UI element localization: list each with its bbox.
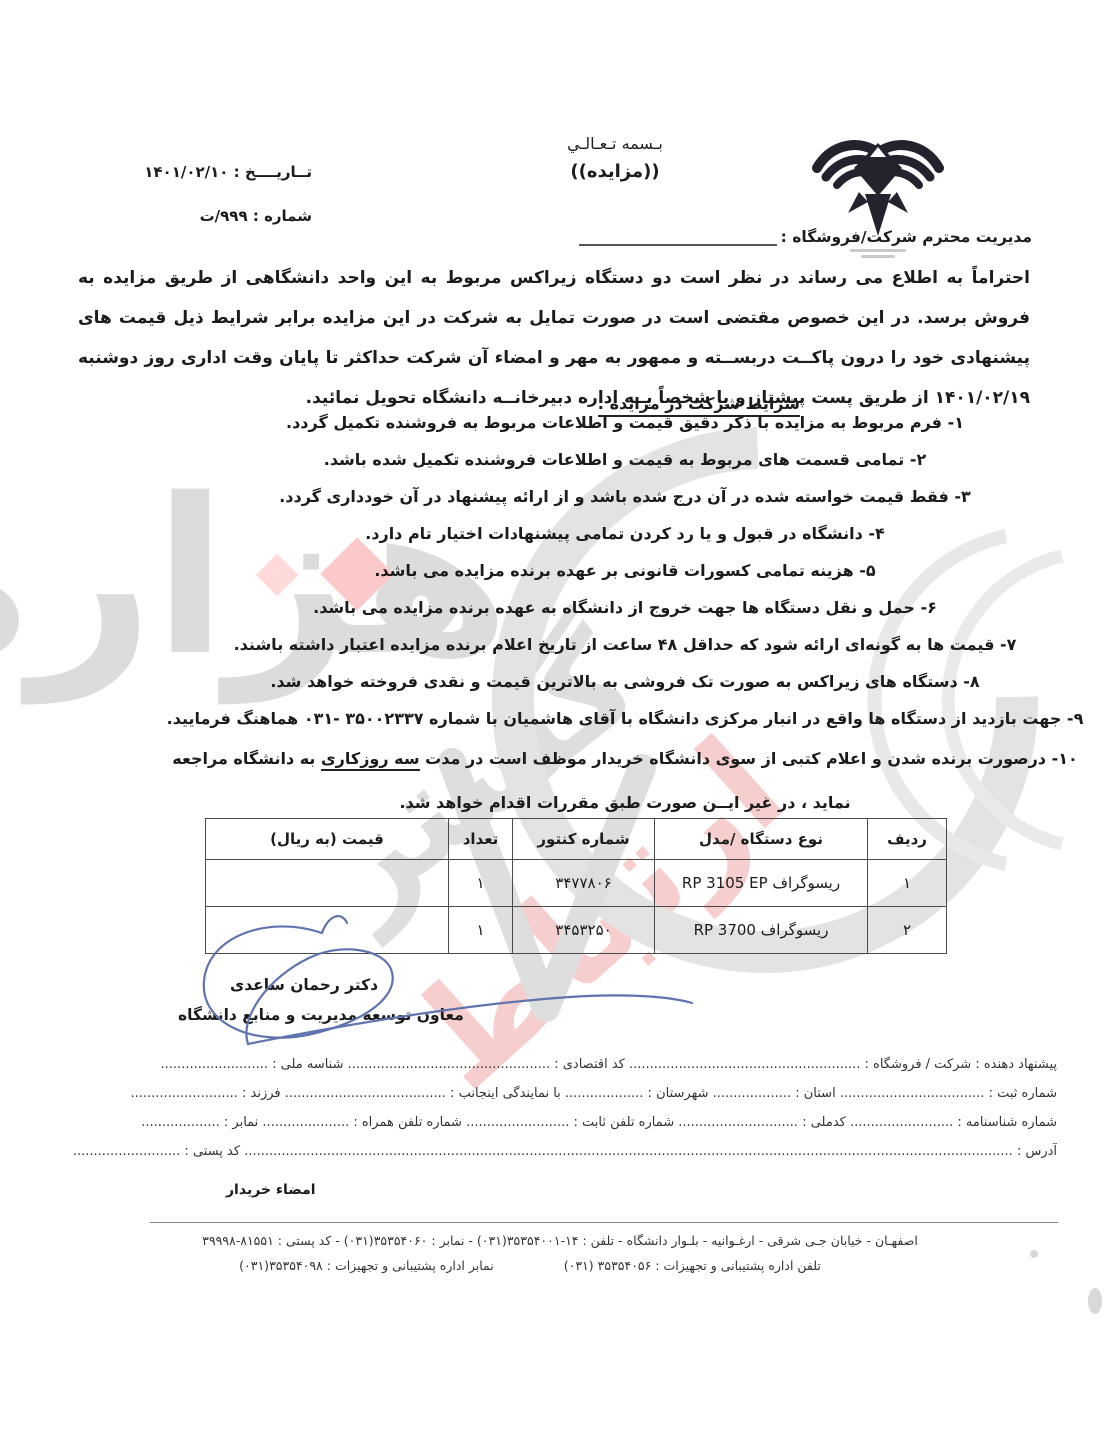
- logo-caption-smudge: [850, 249, 906, 252]
- letter-heading: بـسمه تـعـالـي ((مزايده)): [470, 134, 760, 182]
- signature-ink: [150, 905, 750, 1075]
- terms-list: ۱- فرم مربوط به مزايده با ذكر دقيق قيمت …: [160, 404, 1090, 825]
- term-item-9: ۹- جهت بازديد از دستگاه ها واقع در انبار…: [160, 700, 1090, 737]
- term-item-6: ۶- حمل و نقل دستگاه ها جهت خروج از دانشگ…: [160, 589, 1090, 626]
- letter-date: تــاريــــخ : ۱۴۰۱/۰۲/۱۰: [140, 150, 312, 194]
- column-header-counter-number: شماره كنتور: [513, 819, 655, 860]
- term-item-5: ۵- هزينه تمامی كسورات قانونی بر عهده برن…: [160, 552, 1090, 589]
- doc-type-title: ((مزايده)): [470, 161, 760, 182]
- footer-support-fax: نمابر اداره پشتيبانی و تجهيزات : ۳۵۳۵۴۰۹…: [239, 1258, 494, 1273]
- cell-counter-number: ۳۴۷۷۸۰۶: [513, 860, 655, 907]
- cell-price-empty: [206, 860, 449, 907]
- column-header-quantity: تعداد: [449, 819, 513, 860]
- intro-paragraph: احتراماً به اطلاع می رساند در نظر است دو…: [78, 258, 1030, 418]
- eagle-emblem-icon: [812, 110, 944, 242]
- recipient-blank-line: [579, 226, 777, 246]
- recipient-line: مديريت محترم شركت/فروشگاه :: [64, 226, 1032, 246]
- number-label: شماره :: [253, 207, 312, 225]
- cell-row-number: ۱: [868, 860, 947, 907]
- recipient-label: مديريت محترم شركت/فروشگاه :: [781, 228, 1032, 246]
- term-item-7: ۷- قيمت ها به گونه‌ای ارائه شود كه حداقل…: [160, 626, 1090, 663]
- column-header-price-rial: قيمت (به ريال): [206, 819, 449, 860]
- scanned-letter-page: هزاره گستر ارتباط تــاريــــخ : ۱۴۰۱/۰۲/…: [0, 0, 1114, 1441]
- term-item-4: ۴- دانشگاه در قبول و يا رد كردن تمامی پي…: [160, 515, 1090, 552]
- number-value: ۹۹۹/ت: [200, 207, 248, 225]
- date-label: تــاريــــخ :: [234, 163, 312, 181]
- term-item-10: ۱۰- درصورت برنده شدن و اعلام كتبی از سوی…: [160, 737, 1090, 825]
- footer-contact-line: تلفن اداره پشتيبانی و تجهيزات : ۳۵۳۵۴۰۵۶…: [20, 1258, 1040, 1273]
- cell-quantity: ۱: [449, 860, 513, 907]
- form-line-id-phone: شماره شناسنامه : .......................…: [57, 1108, 1057, 1137]
- form-line-address: آدرس : .................................…: [57, 1137, 1057, 1166]
- footer-divider: [150, 1222, 1058, 1223]
- term-item-2: ۲- تمامی قسمت های مربوط به قيمت و اطلاعا…: [160, 441, 1090, 478]
- date-value: ۱۴۰۱/۰۲/۱۰: [144, 163, 228, 181]
- column-header-device-model: نوع دستگاه /مدل: [655, 819, 868, 860]
- footer-support-phone: تلفن اداره پشتيبانی و تجهيزات : ۳۵۳۵۴۰۵۶…: [564, 1258, 821, 1273]
- table-header-row: رديف نوع دستگاه /مدل شماره كنتور تعداد ق…: [206, 819, 947, 860]
- term-item-1: ۱- فرم مربوط به مزايده با ذكر دقيق قيمت …: [160, 404, 1090, 441]
- table-row: ۱ ريسوگراف RP 3105 EP ۳۴۷۷۸۰۶ ۱: [206, 860, 947, 907]
- bismillah-text: بـسمه تـعـالـي: [470, 134, 760, 153]
- cell-device-model: ريسوگراف RP 3105 EP: [655, 860, 868, 907]
- underlined-three-working-days: سه روزكاری: [321, 749, 420, 771]
- term-item-3: ۳- فقط قيمت خواسته شده در آن درج شده باش…: [160, 478, 1090, 515]
- buyer-signature-label: امضاء خريدار: [226, 1182, 316, 1198]
- letterhead-meta: تــاريــــخ : ۱۴۰۱/۰۲/۱۰ شماره : ۹۹۹/ت: [140, 150, 312, 238]
- cell-row-number: ۲: [868, 907, 947, 954]
- column-header-row-number: رديف: [868, 819, 947, 860]
- footer-address-line: اصفهـان - خيابان جـی شرقی - ارغـوانيه - …: [60, 1233, 1060, 1248]
- form-line-registration: شماره ثبت : ............................…: [57, 1079, 1057, 1108]
- term-item-8: ۸- دستگاه های زيراكس به صورت تک فروشی به…: [160, 663, 1090, 700]
